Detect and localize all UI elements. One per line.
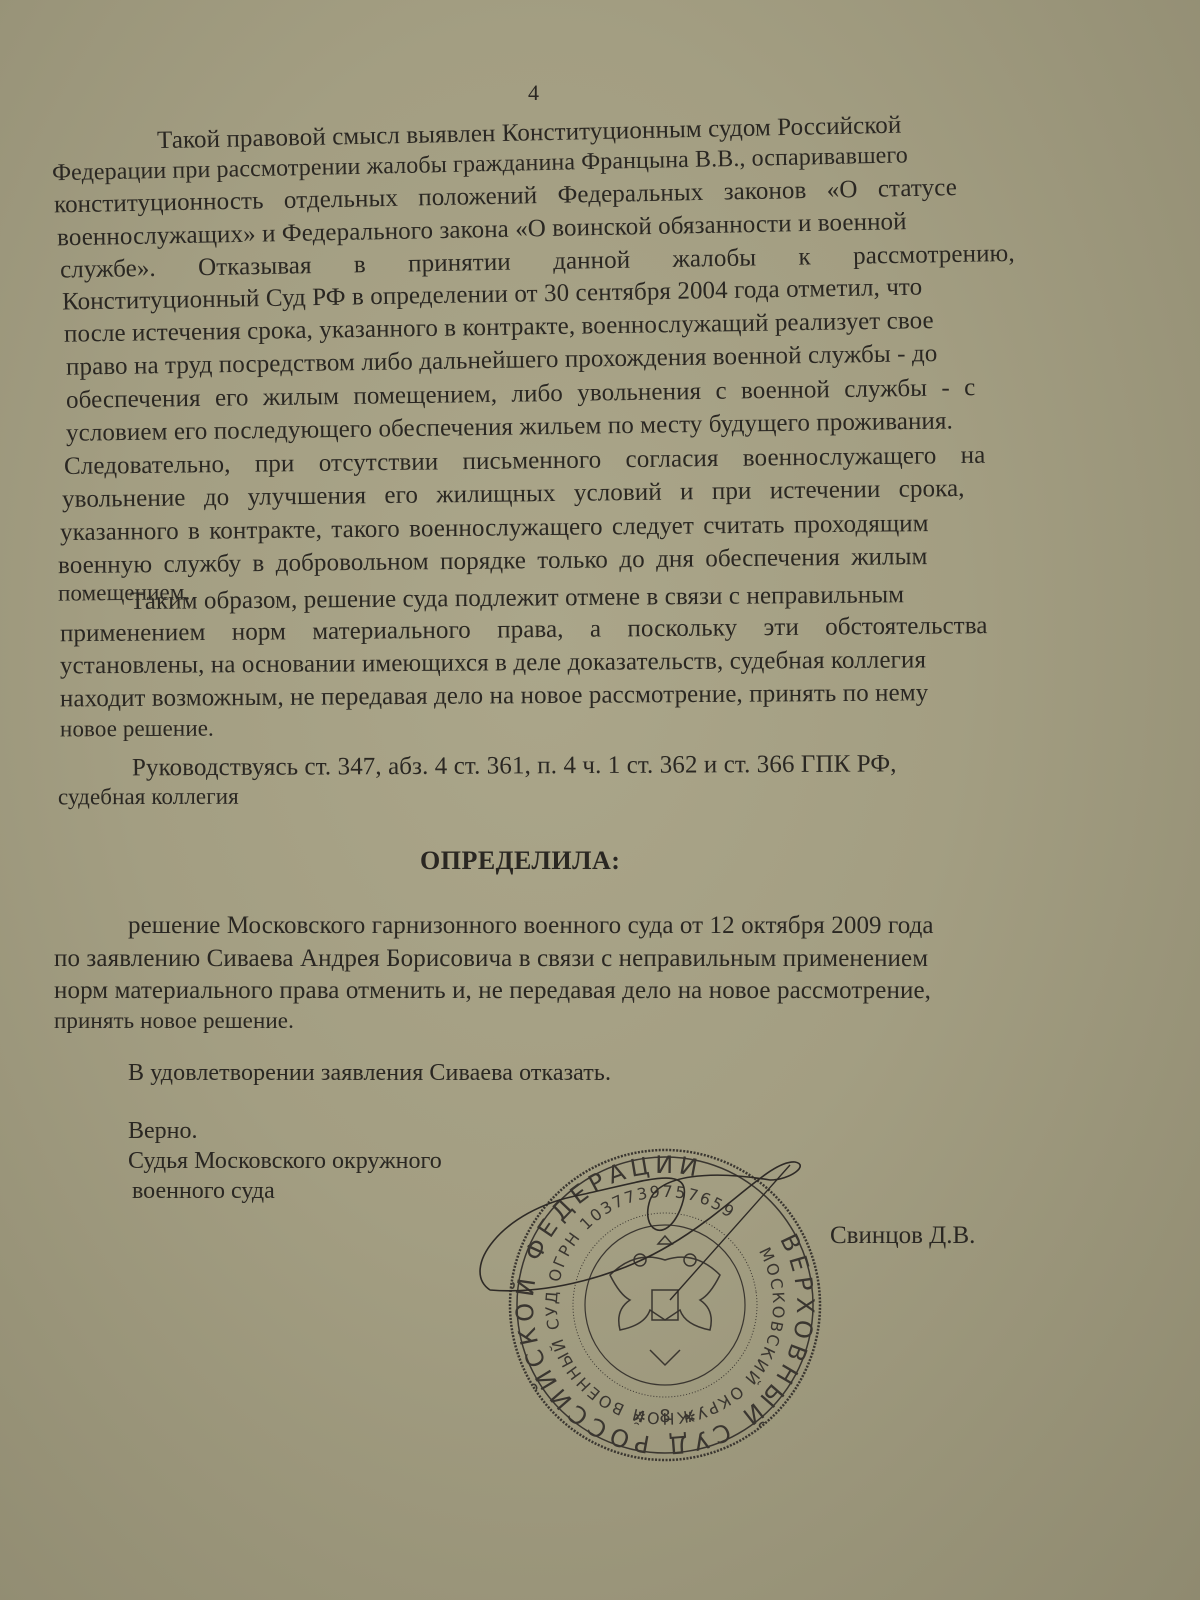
paragraph-1-line-13: указанного в контракте, такого военнослу…: [60, 509, 1040, 547]
certified-label: Верно.: [128, 1118, 198, 1145]
paragraph-1-line-14: военную службу в добровольном порядке то…: [58, 542, 1038, 580]
ruling-line-3: норм материального права отменить и, не …: [54, 977, 1044, 1005]
paragraph-2-line-3: установлены, на основании имеющихся в де…: [60, 646, 1040, 681]
ruling-line-1: решение Московского гарнизонного военног…: [128, 912, 1048, 940]
page-number: 4: [528, 80, 539, 106]
paragraph-2-line-4: находит возможным, не передавая дело на …: [60, 679, 1040, 714]
judge-title-line-2: военного суда: [132, 1178, 275, 1205]
document-page: 4 Такой правовой смысл выявлен Конституц…: [0, 0, 1200, 1600]
paragraph-3-line-2: судебная коллегия: [58, 784, 239, 811]
ruling-line-4: принять новое решение.: [54, 1008, 294, 1034]
paragraph-2-line-2: применением норм материального права, а …: [60, 612, 1040, 649]
svg-text:✲: ✲: [684, 1411, 696, 1426]
ruling-heading: ОПРЕДЕЛИЛА:: [420, 846, 620, 876]
judge-name: Свинцов Д.В.: [830, 1222, 975, 1250]
paragraph-2-line-5: новое решение.: [60, 716, 214, 743]
paragraph-1-line-12: увольнение до улучшения его жилищных усл…: [62, 474, 1042, 514]
judge-title-line-1: Судья Московского окружного: [128, 1148, 442, 1175]
stamp-number: 8: [659, 1406, 670, 1427]
paragraph-3-line-1: Руководствуясь ст. 347, абз. 4 ст. 361, …: [132, 750, 1052, 783]
paragraph-2-line-1: Таким образом, решение суда подлежит отм…: [130, 580, 1050, 616]
handwritten-signature: [470, 1150, 830, 1310]
refusal-text: В удовлетворении заявления Сиваева отказ…: [128, 1060, 611, 1087]
ruling-line-2: по заявлению Сиваева Андрея Борисовича в…: [54, 945, 1044, 973]
svg-text:✲: ✲: [634, 1411, 646, 1426]
